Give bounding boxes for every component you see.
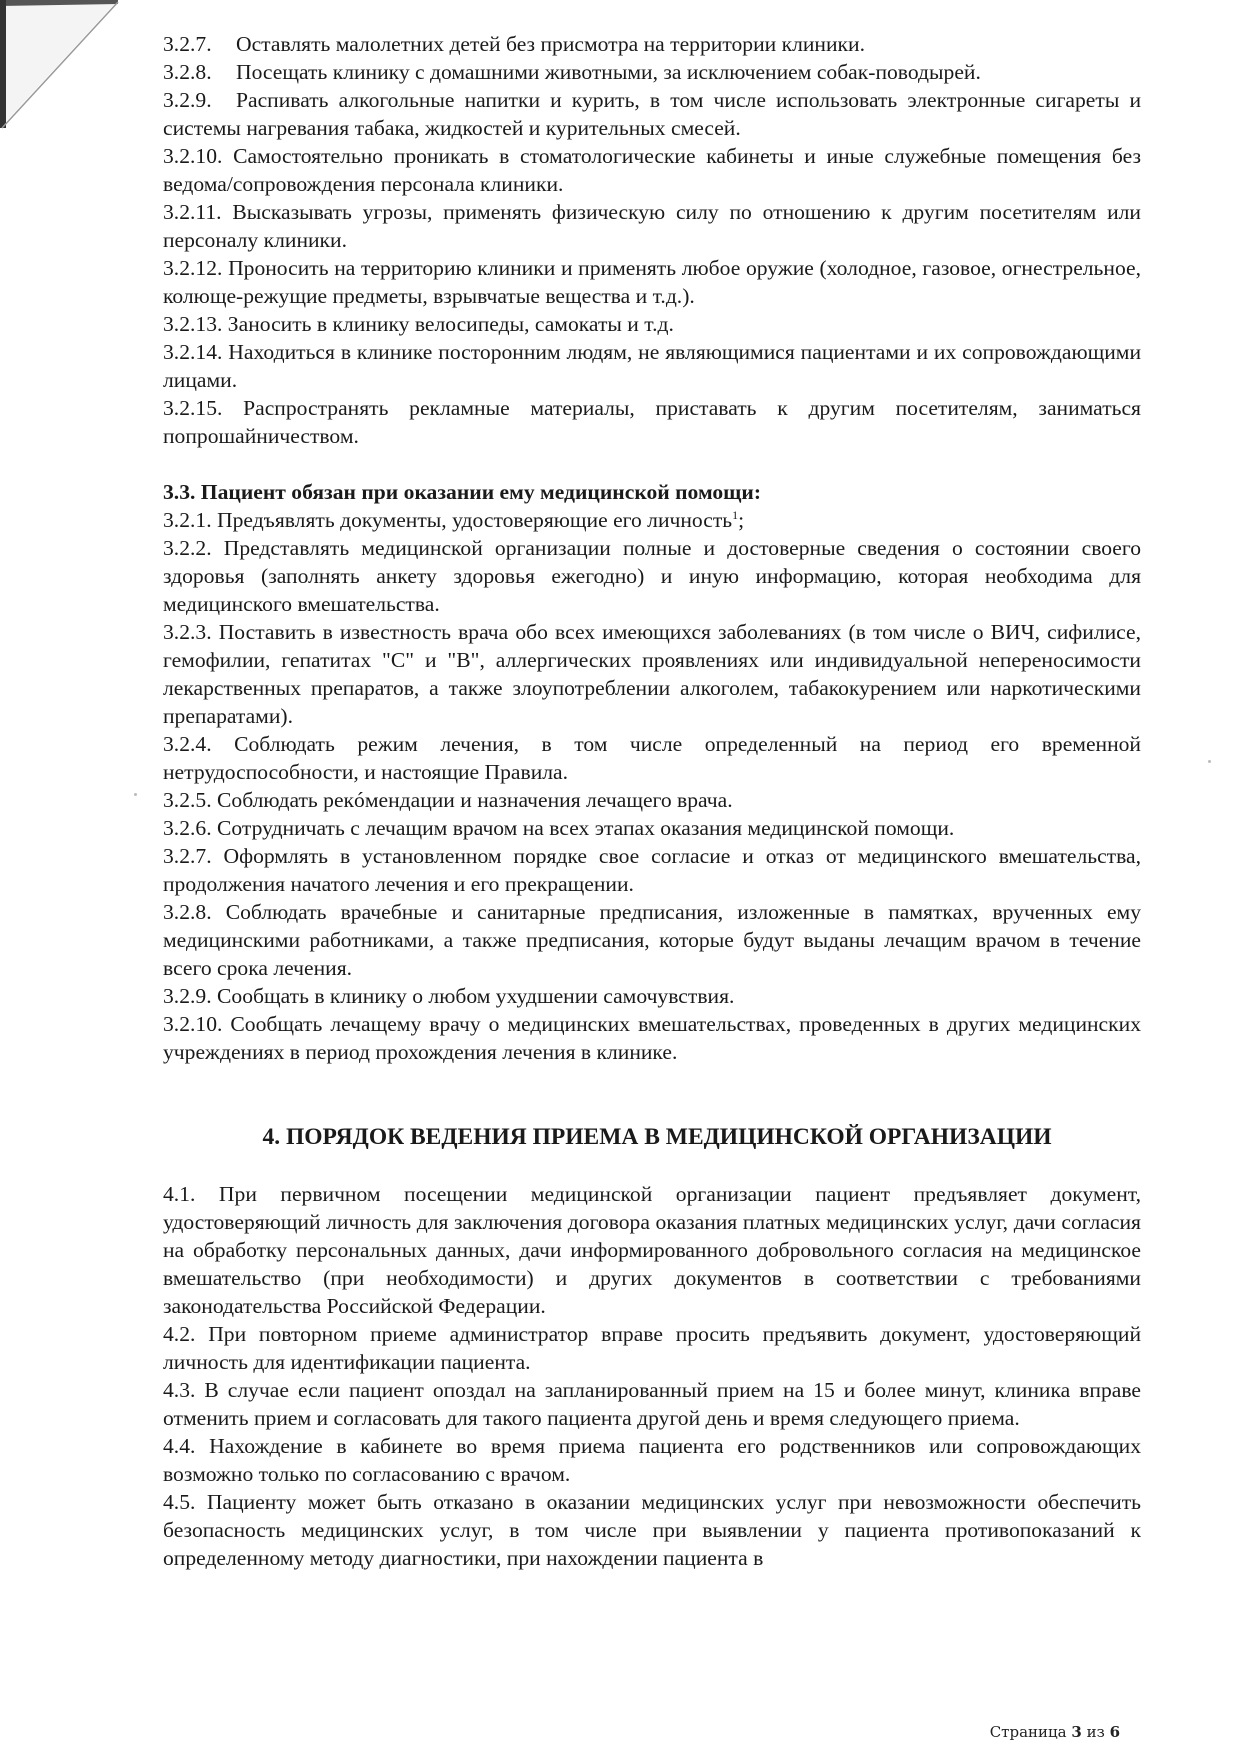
list-item: 4.1. При первичном посещении медицинской…: [163, 1180, 1141, 1320]
list-item: 3.2.1. Предъявлять документы, удостоверя…: [163, 506, 1141, 534]
list-item: 3.2.9. Сообщать в клинику о любом ухудше…: [163, 982, 1141, 1010]
list-item: 4.5. Пациенту может быть отказано в оказ…: [163, 1488, 1141, 1572]
list-item: 3.2.8. Соблюдать врачебные и санитарные …: [163, 898, 1141, 982]
list-item: 3.2.14. Находиться в клинике посторонним…: [163, 338, 1141, 394]
list-item: 3.2.10. Самостоятельно проникать в стома…: [163, 142, 1141, 198]
spacer: [163, 1066, 1141, 1122]
spacer: [163, 450, 1141, 478]
list-item: 3.2.15. Распространять рекламные материа…: [163, 394, 1141, 450]
list-item: 4.3. В случае если пациент опоздал на за…: [163, 1376, 1141, 1432]
list-item: 3.2.13. Заносить в клинику велосипеды, с…: [163, 310, 1141, 338]
list-item: 3.2.5. Соблюдать рекóмендации и назначен…: [163, 786, 1141, 814]
page-footer: Страница 3 из 6: [990, 1723, 1120, 1741]
page-corner-fold: [0, 0, 120, 130]
page-of: из: [1087, 1723, 1105, 1741]
list-item: 4.2. При повторном приеме администратор …: [163, 1320, 1141, 1376]
list-item: 3.2.6. Сотрудничать с лечащим врачом на …: [163, 814, 1141, 842]
section-4: 4. ПОРЯДОК ВЕДЕНИЯ ПРИЕМА В МЕДИЦИНСКОЙ …: [163, 1122, 1141, 1572]
list-item: 3.2.11. Высказывать угрозы, применять фи…: [163, 198, 1141, 254]
page-current: 3: [1071, 1723, 1081, 1741]
page-label: Страница: [990, 1723, 1067, 1741]
prohibitions-list: 3.2.7.Оставлять малолетних детей без при…: [163, 30, 1141, 450]
list-item: 3.2.10. Сообщать лечащему врачу о медици…: [163, 1010, 1141, 1066]
section-title: 4. ПОРЯДОК ВЕДЕНИЯ ПРИЕМА В МЕДИЦИНСКОЙ …: [163, 1122, 1141, 1152]
list-item: 4.4. Нахождение в кабинете во время прие…: [163, 1432, 1141, 1488]
list-item: 3.2.2. Представлять медицинской организа…: [163, 534, 1141, 618]
list-item: 3.2.3. Поставить в известность врача обо…: [163, 618, 1141, 730]
section-heading: 3.3. Пациент обязан при оказании ему мед…: [163, 478, 1141, 506]
section-3-3: 3.3. Пациент обязан при оказании ему мед…: [163, 478, 1141, 1066]
scan-speck: [134, 793, 137, 796]
list-item: 3.2.9.Распивать алкогольные напитки и ку…: [163, 86, 1141, 142]
list-item: 3.2.7.Оставлять малолетних детей без при…: [163, 30, 1141, 58]
list-item: 3.2.12. Проносить на территорию клиники …: [163, 254, 1141, 310]
spacer: [163, 1152, 1141, 1180]
list-item: 3.2.4. Соблюдать режим лечения, в том чи…: [163, 730, 1141, 786]
scan-speck: [1208, 760, 1211, 763]
list-item: 3.2.8.Посещать клинику с домашними живот…: [163, 58, 1141, 86]
document-page: 3.2.7.Оставлять малолетних детей без при…: [163, 30, 1141, 1572]
page-total: 6: [1110, 1723, 1120, 1741]
list-item: 3.2.7. Оформлять в установленном порядке…: [163, 842, 1141, 898]
